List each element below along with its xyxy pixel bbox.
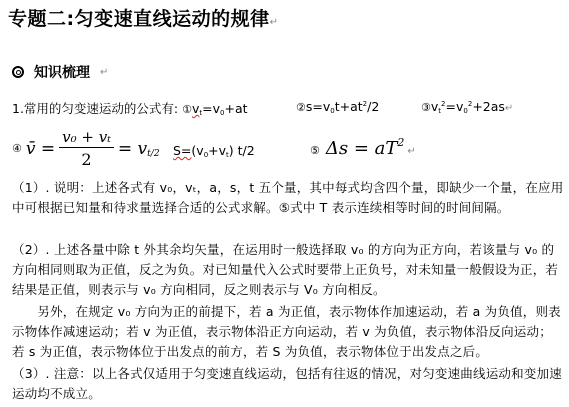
formula-var: vt xyxy=(192,101,202,116)
formula-lhs: v̄ = xyxy=(26,139,55,159)
formula-sub: 0 xyxy=(463,107,467,115)
formula-part: s=v xyxy=(306,99,330,114)
formulas-intro: 1.常用的匀变速运动的公式有: xyxy=(12,101,178,116)
formula-part: ) t/2 xyxy=(229,143,255,158)
formula-part: /2 xyxy=(367,99,379,114)
formula-sub: t xyxy=(438,107,441,115)
fraction-denominator: 2 xyxy=(81,148,91,169)
paragraph-2: （2）. 上述各量中除 t 外其余均矢量，在运用时一般选择取 v₀ 的方向为正方… xyxy=(12,240,564,300)
formula-sup: 2 xyxy=(397,136,404,149)
formula-rhs: = v xyxy=(118,139,147,159)
fraction-numerator: v₀ + vₜ xyxy=(59,128,114,148)
formula-4b: S=(v0+vt) t/2 xyxy=(173,143,255,159)
formula-number: ② xyxy=(296,101,306,114)
formula-sub: t/2 xyxy=(147,149,159,159)
paragraph-3: 另外，在规定 v₀ 方向为正的前提下，若 a 为正值，表示物体作加速运动，若 a… xyxy=(12,302,564,362)
formula-part: =v xyxy=(202,101,220,116)
formula-part: +at xyxy=(225,101,248,116)
formula-5: ⑤ Δs = aT2 ↵ xyxy=(310,138,416,159)
page-title: 专题二:匀变速直线运动的规律↵ xyxy=(8,4,279,31)
formula-part: =v xyxy=(446,99,464,114)
formula-text: Δs = aT xyxy=(326,138,398,159)
paragraph-mark: ↵ xyxy=(505,103,513,114)
formula-2: ②s=v0t+at2/2 xyxy=(296,99,379,115)
formula-part: +v xyxy=(208,143,226,158)
paragraph-4: （3）. 注意：以上各式仅适用于匀变速直线运动，包括有往返的情况，对匀变速曲线运… xyxy=(12,364,564,404)
formula-part: (v xyxy=(191,143,203,158)
formula-number: ④ xyxy=(12,142,22,155)
formula-4: ④ v̄ = v₀ + vₜ 2 = vt/2 xyxy=(12,128,160,169)
formula-part: S= xyxy=(173,143,191,158)
formula-number: ① xyxy=(182,103,192,116)
formula-line-1: 1.常用的匀变速运动的公式有: ①vt=v0+at xyxy=(12,99,248,117)
circle-bullet-icon xyxy=(12,66,24,78)
title-text: 专题二:匀变速直线运动的规律 xyxy=(8,8,270,30)
paragraph-mark: ↵ xyxy=(100,67,108,78)
paragraph-1: （1）. 说明：上述各式有 v₀，vₜ，a，s，t 五个量，其中每式均含四个量，… xyxy=(12,178,564,218)
formula-1: ①vt=v0+at xyxy=(182,101,247,116)
formula-part: +2as xyxy=(472,99,505,114)
formula-number: ③ xyxy=(421,101,431,114)
section-heading: 知识梳理↵ xyxy=(12,62,108,82)
paragraph-mark: ↵ xyxy=(270,17,279,28)
formula-part: t+at xyxy=(335,99,363,114)
section-heading-text: 知识梳理 xyxy=(34,62,90,82)
paragraph-mark: ↵ xyxy=(407,146,415,157)
formula-number: ⑤ xyxy=(310,144,320,157)
formula-3: ③vt2=v02+2as↵ xyxy=(421,99,513,115)
fraction: v₀ + vₜ 2 xyxy=(59,128,114,169)
